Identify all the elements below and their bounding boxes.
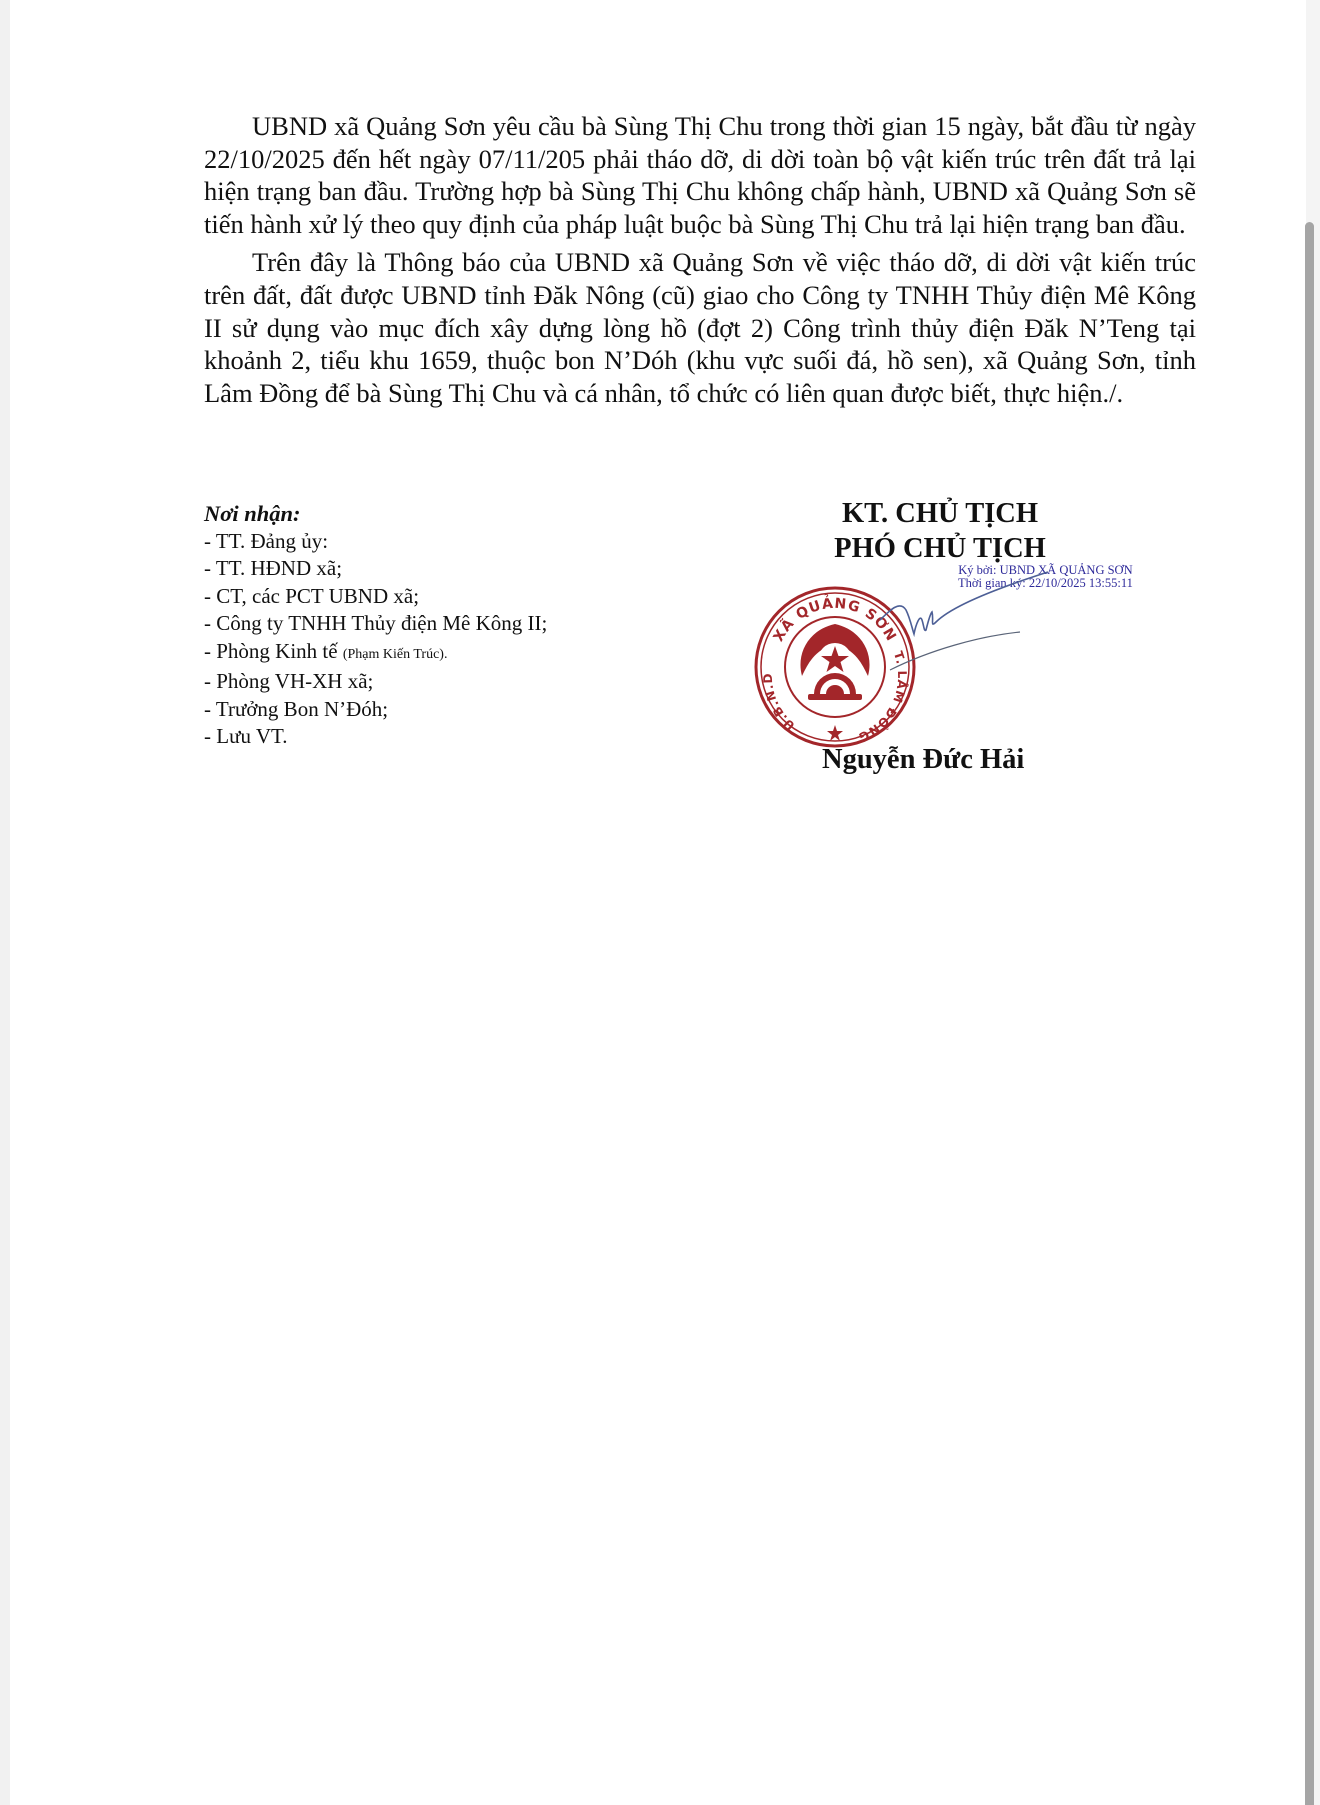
recipient-item-label: - Phòng Kinh tế bbox=[204, 639, 338, 663]
recipient-item: - Công ty TNHH Thủy điện Mê Kông II; bbox=[204, 610, 664, 638]
recipient-item: - CT, các PCT UBND xã; bbox=[204, 583, 664, 611]
document-body: UBND xã Quảng Sơn yêu cầu bà Sùng Thị Ch… bbox=[204, 110, 1196, 415]
vertical-scrollbar-thumb[interactable] bbox=[1305, 222, 1314, 1805]
handwritten-signature-icon bbox=[870, 570, 1050, 680]
vertical-scrollbar-track[interactable] bbox=[1306, 0, 1320, 1805]
recipient-item: - Lưu VT. bbox=[204, 723, 664, 751]
viewer-left-edge bbox=[0, 0, 10, 1805]
recipient-item: - Trưởng Bon N’Đóh; bbox=[204, 696, 664, 724]
document-page: UBND xã Quảng Sơn yêu cầu bà Sùng Thị Ch… bbox=[10, 0, 1306, 1805]
recipient-item-note: (Phạm Kiến Trúc). bbox=[343, 647, 448, 662]
signer-title-block: KT. CHỦ TỊCH PHÓ CHỦ TỊCH bbox=[790, 496, 1090, 566]
paragraph-demolition-request: UBND xã Quảng Sơn yêu cầu bà Sùng Thị Ch… bbox=[204, 110, 1196, 240]
recipient-item: - Phòng VH-XH xã; bbox=[204, 668, 664, 696]
recipients-block: Nơi nhận: - TT. Đảng ủy: - TT. HĐND xã; … bbox=[204, 500, 664, 751]
svg-text:U.B.N.D: U.B.N.D bbox=[761, 672, 798, 733]
recipients-heading: Nơi nhận: bbox=[204, 500, 664, 528]
signer-name: Nguyễn Đức Hải bbox=[822, 742, 1024, 777]
recipient-item-economy: - Phòng Kinh tế (Phạm Kiến Trúc). bbox=[204, 638, 664, 669]
recipient-item: - TT. HĐND xã; bbox=[204, 555, 664, 583]
signer-title-line1: KT. CHỦ TỊCH bbox=[790, 496, 1090, 531]
signer-title-line2: PHÓ CHỦ TỊCH bbox=[790, 531, 1090, 566]
paragraph-notice-summary: Trên đây là Thông báo của UBND xã Quảng … bbox=[204, 246, 1196, 409]
recipient-item: - TT. Đảng ủy: bbox=[204, 528, 664, 556]
